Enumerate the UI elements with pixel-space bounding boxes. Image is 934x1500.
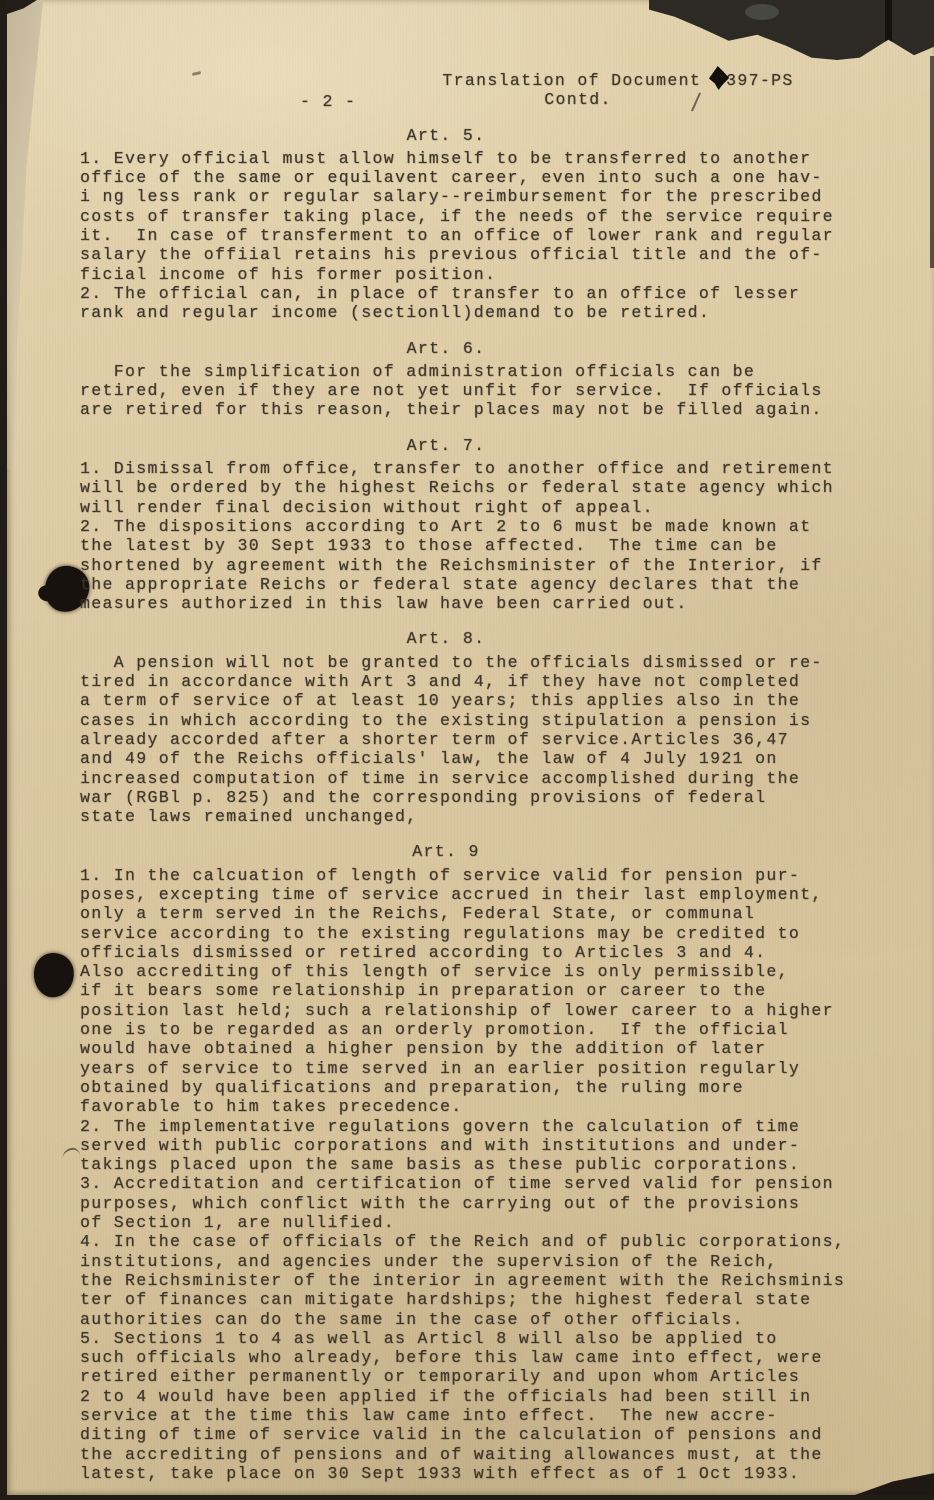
article-9-section-5: 5. Sections 1 to 4 as well as Articl 8 w… xyxy=(80,1329,864,1483)
article-7-section-2: 2. The dispositions according to Art 2 t… xyxy=(80,517,864,613)
article-8-heading: Art. 8. xyxy=(80,629,864,648)
document-page: - 2 - Translation of Document397-PS Cont… xyxy=(7,0,934,1495)
article-5: Art. 5. 1. Every official must allow him… xyxy=(80,126,864,323)
article-7-heading: Art. 7. xyxy=(80,436,864,455)
header-contd-line: Contd. xyxy=(358,90,798,109)
article-5-section-1: 1. Every official must allow himself to … xyxy=(80,149,864,284)
pen-mark xyxy=(61,1147,80,1159)
article-9: Art. 9 1. In the calcuation of length of… xyxy=(80,842,864,1483)
article-9-section-1: 1. In the calcuation of length of servic… xyxy=(80,866,864,1117)
torn-left-edge xyxy=(7,0,43,470)
article-7-section-1: 1. Dismissal from office, transfer to an… xyxy=(80,459,864,517)
hole-punch-bottom xyxy=(32,951,76,999)
scanned-page-scene: - 2 - Translation of Document397-PS Cont… xyxy=(0,0,934,1500)
title-prefix: Translation of Document xyxy=(442,71,701,90)
article-7: Art. 7. 1. Dismissal from office, transf… xyxy=(80,436,864,614)
typewritten-content: - 2 - Translation of Document397-PS Cont… xyxy=(80,0,864,1483)
right-edge-shadow xyxy=(930,56,934,268)
article-8: Art. 8. A pension will not be granted to… xyxy=(80,629,864,826)
article-5-section-2: 2. The official can, in place of transfe… xyxy=(80,284,864,323)
article-6-heading: Art. 6. xyxy=(80,339,864,358)
article-9-section-2: 2. The implementative regulations govern… xyxy=(80,1117,864,1175)
article-6-text: For the simplification of administration… xyxy=(80,362,864,420)
document-header: Translation of Document397-PS Contd. xyxy=(398,66,838,110)
document-title-line: Translation of Document397-PS xyxy=(398,66,838,90)
article-9-section-3: 3. Accreditation and certification of ti… xyxy=(80,1174,864,1232)
page-number: - 2 - xyxy=(300,92,356,111)
article-5-heading: Art. 5. xyxy=(80,126,864,145)
article-9-section-4: 4. In the case of officials of the Reich… xyxy=(80,1232,864,1328)
article-6: Art. 6. For the simplification of admini… xyxy=(80,339,864,420)
doc-number: 397-PS xyxy=(726,71,794,90)
article-8-text: A pension will not be granted to the off… xyxy=(80,653,864,827)
article-9-heading: Art. 9 xyxy=(80,842,864,861)
